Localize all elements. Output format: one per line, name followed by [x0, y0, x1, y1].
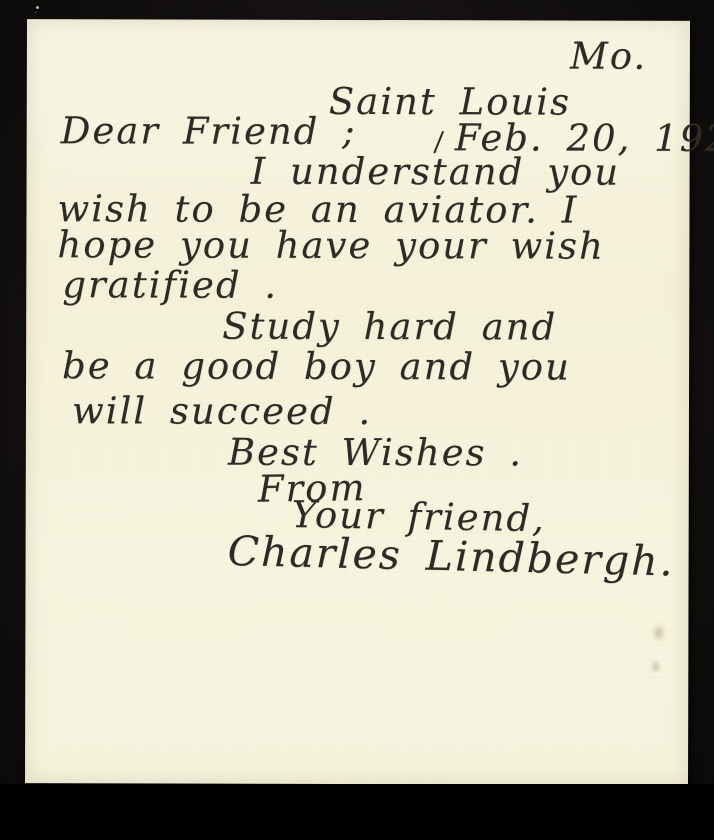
body-line-6: be a good boy and you	[62, 346, 571, 387]
letter-paper: Saint Louis Mo. Feb. 20, 1928. Dear Frie…	[25, 19, 690, 785]
salutation: Dear Friend ;	[61, 111, 357, 152]
body-line-4: gratified .	[62, 265, 278, 306]
heading-state: Mo.	[570, 37, 647, 77]
dust-speck	[36, 6, 39, 9]
paper-smudge	[643, 617, 671, 681]
scan-black-band	[0, 784, 714, 840]
body-line-1: I understand you	[251, 152, 621, 193]
signature: Charles Lindbergh.	[227, 529, 675, 584]
body-line-5: Study hard and	[222, 307, 557, 348]
body-line-7: will succeed .	[72, 391, 372, 432]
body-line-3: hope you have your wish	[57, 225, 605, 266]
